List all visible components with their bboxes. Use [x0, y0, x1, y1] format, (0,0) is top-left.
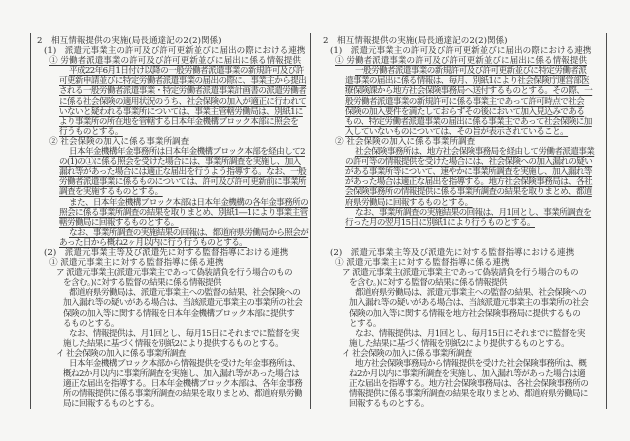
text-line: 労働者派遣事業に係るものについては、許可及び許可更新前に事業所: [37, 177, 310, 187]
text-line: 2 相互情報提供の実施(局長通達記の2(2)関係): [37, 36, 310, 46]
document-scan: 2 相互情報提供の実施(局長通達記の2(2)関係)(1) 派遣元事業主の許可及び…: [0, 0, 630, 441]
text-line: ね2か月以内に事業所調査を実施し、加入漏れ等があった場合は適: [323, 369, 606, 379]
text-line: とする。: [323, 319, 606, 329]
text-line: なお、情報提供は、月1回とし、毎月15日にそれまでに監督を実: [323, 329, 606, 339]
text-line: ① 労働者派遣事業の許可及び許可更新並びに届出に係る情報提供: [37, 56, 310, 66]
text-line: 施した結果に基づく情報を別紙2により提供するものとする。: [37, 339, 310, 349]
text-line: 入していないものについては、その旨が表示されていること。: [323, 127, 606, 137]
text-line: イ 社会保険の加入に係る事業所調査: [37, 349, 310, 359]
text-line: の(1)の①に係る照会を受けた場合には、事業所調査を実施し、加入: [37, 157, 310, 167]
document-page-right: 2 相互情報提供の実施(局長通達記の2(2)関係)(1) 派遣元事業主の許可及び…: [310, 33, 607, 409]
text-line: 地方社会保険事務局から情報提供を受けた社会保険事務所は、概: [323, 359, 606, 369]
text-line: がある事業所等について、速やかに事業所調査を実施し、加入漏れ等: [323, 167, 606, 177]
text-line: (1) 派遣元事業主の許可及び許可更新並びに届出の際における連携: [37, 46, 310, 56]
text-line: 遣事業の届出に係る情報は、毎月、別紙1により社会保険庁運営部医: [323, 76, 606, 86]
text-line: に係る社会保険の適用状況のうち、社会保険の加入が適正に行われて: [37, 97, 310, 107]
text-line: を含む。)に対する監督の結果に係る情報提供: [323, 278, 606, 288]
text-line: イ 社会保険の加入に係る事業所調査: [323, 349, 606, 359]
text-line: される一般労働者派遣事業・特定労働者派遣事業計画書の派遣労働者: [37, 86, 310, 96]
text-line: を含む。)に対する監督の結果に係る情報提供: [37, 278, 310, 288]
text-line: (2) 派遣元事業主等及び派遣先に対する監督指導における連携: [323, 248, 606, 258]
text-line: 会保険事務所の情報提供に係る事業所調査の結果を取りまとめ、都道: [323, 187, 606, 197]
text-line: 日本年金機構年金事務所は日本年金機構ブロック本部を経由して2: [37, 147, 310, 157]
text-line: るものとする。: [37, 319, 310, 329]
text-line: 調査を実施するものとする。: [37, 187, 310, 197]
text-line: 2 相互情報提供の実施(局長通達記の2(2)関係): [323, 36, 606, 46]
blank-line: [323, 238, 606, 248]
text-line: 情報提供に係る事業所調査の結果を取りまとめ、都道府県労働局に: [323, 389, 606, 399]
text-line: 一般労働者派遣事業の新規許可及び許可更新並びに特定労働者派: [323, 66, 606, 76]
text-line: 施した結果に基づく情報を別紙2により提供するものとする。: [323, 339, 606, 349]
text-line: 漏れ等があった場合には適正な届出を行うよう指導する。なお、一般: [37, 167, 310, 177]
text-line: ② 社会保険の加入に係る事業所調査: [323, 137, 606, 147]
text-line: 保険の加入等に関する情報を地方社会保険事務局に提供するもの: [323, 309, 606, 319]
text-line: があった場合は適正な届出を指導する。地方社会保険事務局は、各社: [323, 177, 606, 187]
text-line: 概ね2か月以内に事業所調査を実施し、加入漏れ等があった場合は: [37, 369, 310, 379]
text-line: 行った月の翌月15日に別紙1により行うものとする。: [323, 218, 606, 228]
text-line: 照会に係る事業所調査の結果を取りまとめ、別紙1―1により事業主管: [37, 208, 310, 218]
text-line: より事業所の所在地を管轄する日本年金機構ブロック本部に照会を: [37, 117, 310, 127]
text-line: なお、事業所調査の実施結果の回報は、月1回とし、事業所調査を: [323, 208, 606, 218]
text-line: 平成22年6月1日付け以降の一般労働者派遣事業の新規許可及び許: [37, 66, 310, 76]
text-line: の許可等の情報提供を受けた場合には、社会保険への加入漏れの疑い: [323, 157, 606, 167]
text-line: ア 派遣元事業主(派遣元事業主であって偽装請負を行う場合のもの: [37, 268, 310, 278]
text-line: (1) 派遣元事業主の許可及び許可更新並びに届出の際における連携: [323, 46, 606, 56]
text-line: 所の情報提供に係る事業所調査の結果を取りまとめ、都道府県労働: [37, 389, 310, 399]
text-line: 轄労働局に回報するものとする。: [37, 218, 310, 228]
text-line: 保険の加入要件を満たしておらずその後において加入見込みである: [323, 107, 606, 117]
text-line: 府県労働局に回報するものとする。: [323, 198, 606, 208]
text-line: (2) 派遣元事業主等及び派遣先に対する監督指導における連携: [37, 248, 310, 258]
document-page-left: 2 相互情報提供の実施(局長通達記の2(2)関係)(1) 派遣元事業主の許可及び…: [30, 33, 310, 409]
text-line: 都道府県労働局は、派遣元事業主への監督の結果、社会保険への: [323, 288, 606, 298]
text-line: もの、特定労働者派遣事業の届出に係る事業主であって社会保険に加: [323, 117, 606, 127]
blank-line: [323, 228, 606, 238]
text-line: 社会保険事務所は、地方社会保険事務局を経由して労働者派遣事業: [323, 147, 606, 157]
text-line: 加入漏れ等の疑いがある場合は、当該派遣元事業主の事業所の社会: [323, 298, 606, 308]
text-line: 回報するものとする。: [323, 399, 606, 409]
text-line: ア 派遣元事業主(派遣元事業主であって偽装請負を行う場合のもの: [323, 268, 606, 278]
text-line: ② 社会保険の加入に係る事業所調査: [37, 137, 310, 147]
text-line: 可更新申請並びに特定労働者派遣事業の届出の際に、事業主から提出: [37, 76, 310, 86]
text-line: いないと疑われる事業所については、事業主管轄労働局は、別紙1に: [37, 107, 310, 117]
text-line: 般労働者派遣事業の新規許可に係る事業主であって許可時点で社会: [323, 97, 606, 107]
text-line: ① 派遣元事業主に対する監督指導に係る連携: [37, 258, 310, 268]
text-line: 局に回報するものとする。: [37, 399, 310, 409]
text-line: 都道府県労働局は、派遣元事業主への監督の結果、社会保険への: [37, 288, 310, 298]
text-line: 保険の加入等に関する情報を日本年金機構ブロック本部に提供す: [37, 309, 310, 319]
text-line: 適正な届出を指導する。日本年金機構ブロック本部は、各年金事務: [37, 379, 310, 389]
text-line: あった日から概ね2ヶ月以内に行う行うものとする。: [37, 238, 310, 248]
text-line: 療保険課から地方社会保険事務局へ送付するものとする。その際、一: [323, 86, 606, 96]
text-line: 正な届出を指導する。地方社会保険事務局は、各社会保険事務所の: [323, 379, 606, 389]
text-line: 日本年金機構ブロック本部から情報提供を受けた年金事務所は、: [37, 359, 310, 369]
text-line: また、日本年金機構ブロック本部は日本年金機構の各年金事務所の: [37, 198, 310, 208]
text-line: なお、事業所調査の実施結果の回報は、都道府県労働局から照会が: [37, 228, 310, 238]
text-line: 行うものとする。: [37, 127, 310, 137]
text-line: 加入漏れ等の疑いがある場合は、当該派遣元事業主の事業所の社会: [37, 298, 310, 308]
text-line: ① 派遣元事業主に対する監督指導に係る連携: [323, 258, 606, 268]
text-line: ① 労働者派遣事業の許可及び許可更新並びに届出に係る情報提供: [323, 56, 606, 66]
text-line: なお、情報提供は、月1回とし、毎月15日にそれまでに監督を実: [37, 329, 310, 339]
